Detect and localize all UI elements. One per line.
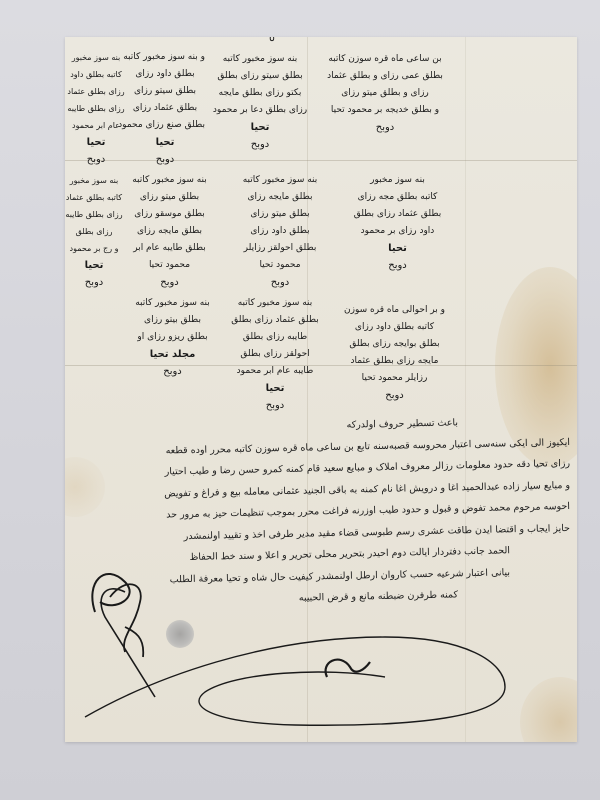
signature-flourishes	[65, 37, 577, 742]
manuscript-page: ٥ بن ساعی ماه قره سوزن کاتبه بطلق عمی رز…	[65, 37, 577, 742]
